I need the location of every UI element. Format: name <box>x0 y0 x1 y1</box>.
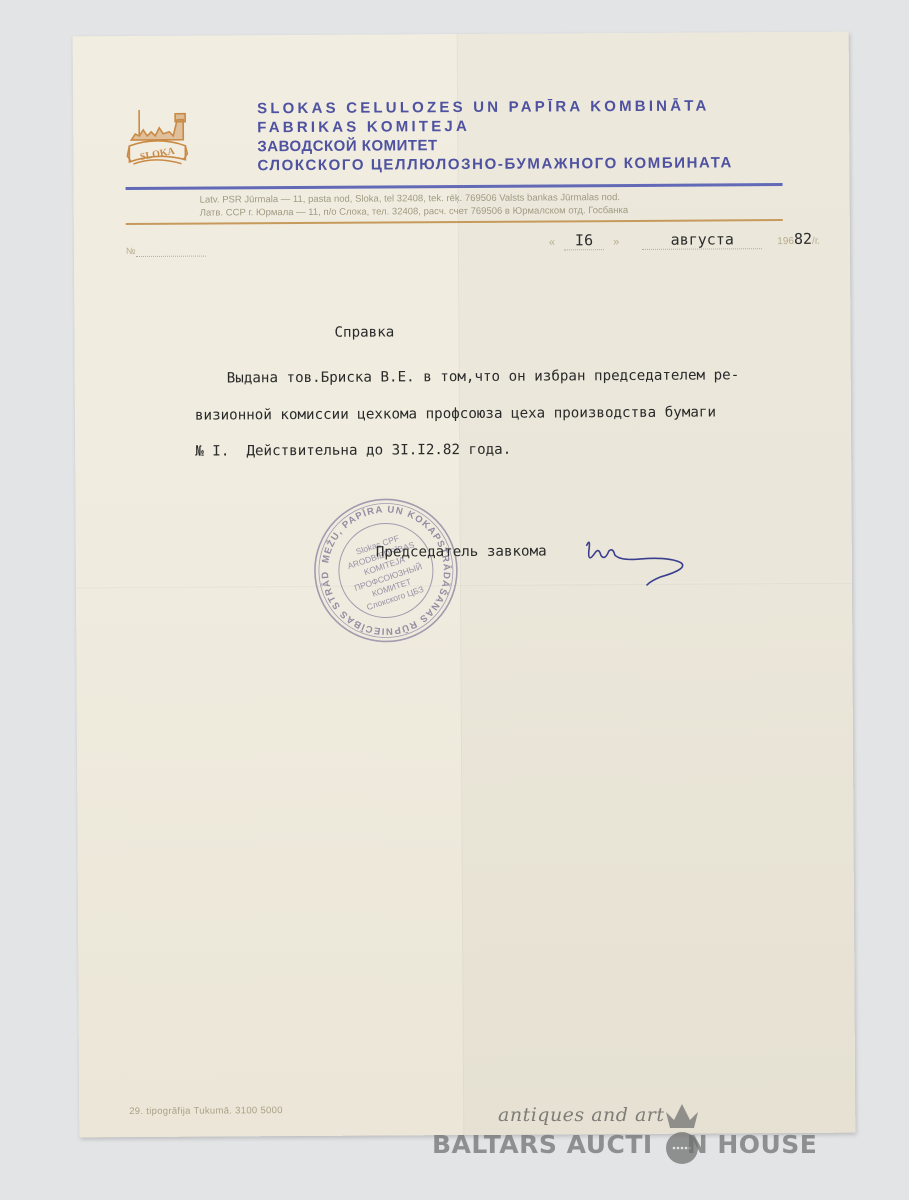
document-sheet: SLOKA SLOKAS CELULOZES UN PAPĪRA KOMBINĀ… <box>73 32 856 1138</box>
letterhead-title: SLOKAS CELULOZES UN PAPĪRA KOMBINĀTA FAB… <box>257 96 733 175</box>
round-stamp-icon: MEŽU, PAPĪRA UN KOKAPSTRĀDĀŠANAS RŪPNIEC… <box>311 496 460 645</box>
address-ru: Латв. ССР г. Юрмала — 11, п/о Слока, тел… <box>200 204 629 220</box>
document-date: « I6 » августа 19682/г. <box>549 230 820 251</box>
document-title: Справка <box>334 324 394 340</box>
watermark-brand-right: N HOUSE <box>687 1130 818 1159</box>
date-year-suffix: /г. <box>812 236 820 247</box>
date-day: I6 <box>564 231 604 250</box>
date-month: августа <box>642 230 762 250</box>
date-open-quote: « <box>549 236 555 248</box>
sloka-logo-icon: SLOKA <box>125 106 189 176</box>
document-number-label: № <box>126 246 136 256</box>
address-block: Latv. PSR Jūrmala — 11, pasta nod, Sloka… <box>200 191 629 220</box>
org-name-ru: СЛОКСКОГО ЦЕЛЛЮЛОЗНО-БУМАЖНОГО КОМБИНАТА <box>257 153 733 175</box>
printer-imprint: 29. tipogrāfija Tukumā. 3100 5000 <box>129 1105 283 1117</box>
body-line-1: Выдана тов.Бриска В.Е. в том,что он избр… <box>227 367 740 386</box>
document-number-field <box>136 256 206 257</box>
org-name-lv: SLOKAS CELULOZES UN PAPĪRA KOMBINĀTA <box>257 96 733 118</box>
handwritten-signature-icon <box>581 533 701 594</box>
date-year-typed: 82 <box>794 230 812 248</box>
date-year-prefix: 196 <box>777 236 794 247</box>
body-line-3: № I. Действительна до 3I.I2.82 года. <box>195 442 511 460</box>
body-line-2: визионной комиссии цехкома профсоюза цех… <box>195 404 716 423</box>
signature-label: Председатель завкома <box>376 543 547 560</box>
date-close-quote: » <box>613 236 619 248</box>
